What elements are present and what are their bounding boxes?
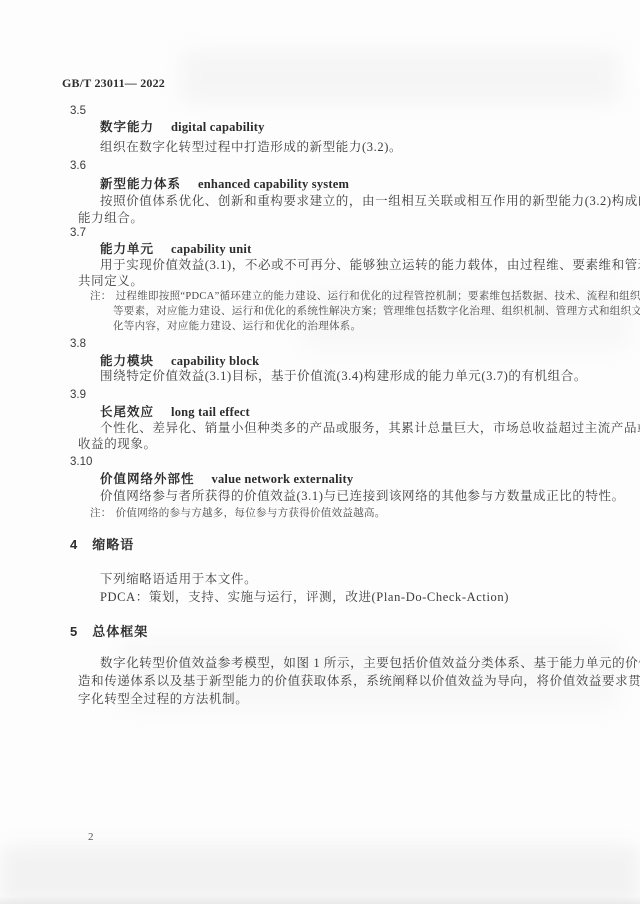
body-line: 数字化转型价值效益参考模型，如图 1 所示，主要包括价值效益分类体系、基于能力单…	[100, 656, 640, 670]
note-text: 过程维即按照“PDCA”循环建立的能力建设、运行和优化的过程管控机制；要素维包括…	[116, 291, 640, 302]
scan-artifact	[180, 50, 620, 105]
term-zh: 新型能力体系	[100, 177, 181, 191]
term-heading-3-8: 能力模块capability block	[100, 354, 259, 368]
clause-title: 缩略语	[92, 537, 134, 552]
standard-number-header: GB/T 23011— 2022	[62, 76, 165, 90]
body-line: 造和传递体系以及基于新型能力的价值获取体系，系统阐释以价值效益为导向，将价值效益…	[78, 674, 640, 688]
term-zh: 价值网络外部性	[100, 472, 195, 486]
term-en: value network externality	[212, 472, 354, 486]
note-line: 等要素，对应能力建设、运行和优化的系统性解决方案；管理维包括数字化治理、组织机制…	[113, 305, 640, 319]
note-line: 注：过程维即按照“PDCA”循环建立的能力建设、运行和优化的过程管控机制；要素维…	[90, 290, 640, 304]
definition-line: 组织在数字化转型过程中打造形成的新型能力(3.2)。	[100, 140, 402, 154]
term-number-3-9: 3.9	[70, 388, 86, 402]
definition-line: 能力组合。	[78, 211, 144, 225]
term-heading-3-7: 能力单元capability unit	[100, 242, 251, 256]
term-en: digital capability	[171, 120, 265, 134]
term-heading-3-5: 数字能力digital capability	[100, 120, 265, 134]
body-line: PDCA：策划，支持、实施与运行，评测，改进(Plan-Do-Check-Act…	[100, 590, 509, 604]
term-zh: 数字能力	[100, 120, 154, 134]
term-en: capability unit	[171, 242, 251, 256]
clause-title: 总体框架	[92, 624, 148, 639]
definition-line: 个性化、差异化、销量小但种类多的产品或服务，其累计总量巨大，市场总收益超过主流产…	[100, 421, 640, 435]
definition-line: 价值网络参与者所获得的价值效益(3.1)与已连接到该网络的其他参与方数量成正比的…	[100, 489, 625, 503]
note-text: 价值网络的参与方越多，每位参与方获得价值效益越高。	[116, 508, 386, 519]
term-number-3-8: 3.8	[70, 337, 86, 351]
term-zh: 长尾效应	[100, 405, 154, 419]
page-bottom-shadow	[0, 896, 640, 904]
term-number-3-5: 3.5	[70, 104, 86, 118]
term-heading-3-10: 价值网络外部性value network externality	[100, 472, 353, 486]
term-heading-3-9: 长尾效应long tail effect	[100, 405, 250, 419]
term-zh: 能力单元	[100, 242, 154, 256]
term-number-3-10: 3.10	[70, 455, 92, 469]
definition-line: 共同定义。	[78, 274, 144, 288]
clause-heading-4: 4缩略语	[70, 538, 134, 552]
clause-heading-5: 5总体框架	[70, 625, 148, 639]
body-line: 下列缩略语适用于本文件。	[100, 572, 257, 586]
clause-number: 4	[70, 537, 77, 552]
definition-line: 按照价值体系优化、创新和重构要求建立的，由一组相互关联或相互作用的新型能力(3.…	[100, 194, 640, 208]
body-line: 字化转型全过程的方法机制。	[78, 692, 248, 706]
term-en: capability block	[171, 354, 259, 368]
note-line: 化等内容，对应能力建设、运行和优化的治理体系。	[113, 320, 361, 334]
term-en: long tail effect	[171, 405, 250, 419]
term-number-3-6: 3.6	[70, 159, 86, 173]
note-label: 注：	[90, 508, 112, 519]
definition-line: 用于实现价值效益(3.1)，不必或不可再分、能够独立运转的能力载体，由过程维、要…	[100, 258, 640, 272]
term-heading-3-6: 新型能力体系enhanced capability system	[100, 177, 349, 191]
note-line: 注：价值网络的参与方越多，每位参与方获得价值效益越高。	[90, 507, 386, 521]
definition-line: 收益的现象。	[78, 437, 157, 451]
term-en: enhanced capability system	[198, 177, 349, 191]
term-zh: 能力模块	[100, 354, 154, 368]
term-number-3-7: 3.7	[70, 226, 86, 240]
page-number: 2	[88, 830, 94, 844]
clause-number: 5	[70, 624, 77, 639]
document-page: GB/T 23011— 2022 3.5 数字能力digital capabil…	[0, 0, 640, 904]
note-label: 注：	[90, 291, 112, 302]
definition-line: 围绕特定价值效益(3.1)目标，基于价值流(3.4)构建形成的能力单元(3.7)…	[100, 369, 587, 383]
